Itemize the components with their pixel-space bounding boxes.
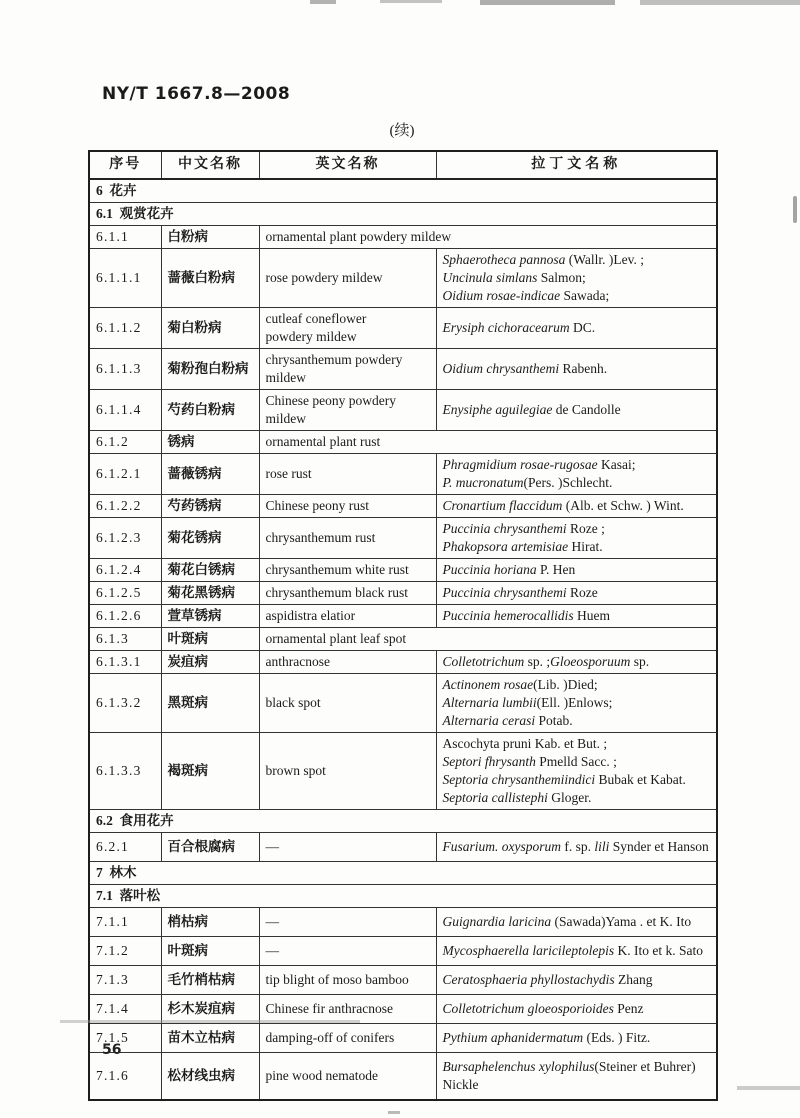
chinese-name-cell: 芍药白粉病 [161, 390, 259, 431]
latin-name-line: Cronartium flaccidum (Alb. et Schw. ) Wi… [443, 497, 711, 515]
english-name-cell: damping-off of conifers [259, 1024, 436, 1053]
chinese-name-cell: 苗木立枯病 [161, 1024, 259, 1053]
chinese-name-cell: 蔷薇锈病 [161, 454, 259, 495]
table-row: 6.1.3.3褐斑病brown spotAscochyta pruni Kab.… [89, 733, 717, 810]
row-number-cell: 7.1.4 [89, 995, 161, 1024]
latin-name-line: Colletotrichum gloeosporioides Penz [443, 1000, 711, 1018]
latin-name-cell: Ceratosphaeria phyllostachydis Zhang [436, 966, 717, 995]
english-name-cell: chrysanthemum black rust [259, 582, 436, 605]
latin-name-line: Ceratosphaeria phyllostachydis Zhang [443, 971, 711, 989]
header-cell-latin-name: 拉丁文名称 [436, 151, 717, 179]
chinese-name-cell: 百合根腐病 [161, 833, 259, 862]
english-name-cell: Chinese peony powderymildew [259, 390, 436, 431]
english-name-line: aspidistra elatior [266, 607, 430, 625]
chinese-name-cell: 菊花锈病 [161, 518, 259, 559]
scan-artifact [640, 0, 800, 5]
latin-name-line: Ascochyta pruni Kab. et But. ; [443, 735, 711, 753]
chinese-name-cell: 松材线虫病 [161, 1053, 259, 1101]
english-name-line: chrysanthemum black rust [266, 584, 430, 602]
chinese-name-cell: 蔷薇白粉病 [161, 249, 259, 308]
section-row: 6.2 食用花卉 [89, 810, 717, 833]
english-name-cell: chrysanthemum rust [259, 518, 436, 559]
latin-name-cell: Puccinia chrysanthemi Roze ;Phakopsora a… [436, 518, 717, 559]
table-row: 6.1.2.1蔷薇锈病rose rustPhragmidium rosae-ru… [89, 454, 717, 495]
latin-name-line: Alternaria lumbii(Ell. )Enlows; [443, 694, 711, 712]
row-number-cell: 7.1.6 [89, 1053, 161, 1101]
row-number-cell: 6.1.3.1 [89, 651, 161, 674]
english-name-cell: Chinese peony rust [259, 495, 436, 518]
latin-name-cell: Fusarium. oxysporum f. sp. lili Synder e… [436, 833, 717, 862]
row-number-cell: 6.1.2.1 [89, 454, 161, 495]
chinese-name-cell: 芍药锈病 [161, 495, 259, 518]
table-row: 7.1.6松材线虫病pine wood nematodeBursaphelenc… [89, 1053, 717, 1101]
english-name-line: rose rust [266, 465, 430, 483]
latin-name-line: Septori fhrysanth Pmelld Sacc. ; [443, 753, 711, 771]
latin-name-cell: Actinonem rosae(Lib. )Died;Alternaria lu… [436, 674, 717, 733]
chinese-name-cell: 炭疽病 [161, 651, 259, 674]
continued-label: (续) [88, 119, 716, 140]
english-name-line: chrysanthemum powdery mildew [266, 351, 430, 387]
english-name-cell: chrysanthemum white rust [259, 559, 436, 582]
table-row: 6.1.1.4芍药白粉病Chinese peony powderymildewE… [89, 390, 717, 431]
chinese-name-cell: 叶斑病 [161, 628, 259, 651]
latin-name-cell: Phragmidium rosae-rugosae Kasai;P. mucro… [436, 454, 717, 495]
chinese-name-cell: 萱草锈病 [161, 605, 259, 628]
disease-table: 序号 中文名称 英文名称 拉丁文名称 6 花卉6.1 观赏花卉6.1.1白粉病o… [88, 150, 718, 1101]
table-row: 6.1.3叶斑病ornamental plant leaf spot [89, 628, 717, 651]
table-row: 6.1.2锈病ornamental plant rust [89, 431, 717, 454]
row-number-cell: 6.1.1.4 [89, 390, 161, 431]
table-row: 7.1.4杉木炭疽病Chinese fir anthracnoseColleto… [89, 995, 717, 1024]
section-label: 7 林木 [89, 862, 717, 885]
latin-name-cell: Ascochyta pruni Kab. et But. ;Septori fh… [436, 733, 717, 810]
header-cell-english-name: 英文名称 [259, 151, 436, 179]
latin-name-line: Pythium aphanidermatum (Eds. ) Fitz. [443, 1029, 711, 1047]
section-row: 6 花卉 [89, 179, 717, 203]
english-name-line: tip blight of moso bamboo [266, 971, 430, 989]
english-name-line: damping-off of conifers [266, 1029, 430, 1047]
english-name-cell: — [259, 908, 436, 937]
english-name-cell: black spot [259, 674, 436, 733]
english-name-line: brown spot [266, 762, 430, 780]
english-name-line: mildew [266, 410, 430, 428]
latin-name-cell: Colletotrichum sp. ;Gloeosporuum sp. [436, 651, 717, 674]
table-row: 6.1.1.1蔷薇白粉病rose powdery mildewSphaeroth… [89, 249, 717, 308]
latin-name-cell: Colletotrichum gloeosporioides Penz [436, 995, 717, 1024]
latin-name-line: Uncinula simlans Salmon; [443, 269, 711, 287]
table-row: 6.1.1白粉病ornamental plant powdery mildew [89, 226, 717, 249]
row-number-cell: 6.1.3.3 [89, 733, 161, 810]
latin-name-line: Mycosphaerella laricileptolepis K. Ito e… [443, 942, 711, 960]
chinese-name-cell: 梢枯病 [161, 908, 259, 937]
english-name-line: — [266, 913, 430, 931]
table-row: 6.1.2.4菊花白锈病chrysanthemum white rustPucc… [89, 559, 717, 582]
row-number-cell: 6.1.1 [89, 226, 161, 249]
table-row: 6.1.1.3菊粉孢白粉病chrysanthemum powdery milde… [89, 349, 717, 390]
table-row: 6.1.2.5菊花黑锈病chrysanthemum black rustPucc… [89, 582, 717, 605]
table-row: 6.1.2.6萱草锈病aspidistra elatiorPuccinia he… [89, 605, 717, 628]
latin-name-cell: Mycosphaerella laricileptolepis K. Ito e… [436, 937, 717, 966]
english-name-cell: ornamental plant leaf spot [259, 628, 717, 651]
english-name-line: Chinese peony rust [266, 497, 430, 515]
row-number-cell: 6.1.3.2 [89, 674, 161, 733]
latin-name-cell: Enysiphe aguilegiae de Candolle [436, 390, 717, 431]
chinese-name-cell: 锈病 [161, 431, 259, 454]
english-name-line: cutleaf coneflower [266, 310, 430, 328]
chinese-name-cell: 叶斑病 [161, 937, 259, 966]
row-number-cell: 6.1.2.3 [89, 518, 161, 559]
chinese-name-cell: 菊花黑锈病 [161, 582, 259, 605]
latin-name-cell: Puccinia hemerocallidis Huem [436, 605, 717, 628]
latin-name-line: Septoria chrysanthemiindici Bubak et Kab… [443, 771, 711, 789]
english-name-line: — [266, 942, 430, 960]
latin-name-cell: Erysiph cichoracearum DC. [436, 308, 717, 349]
latin-name-line: Puccinia hemerocallidis Huem [443, 607, 711, 625]
scan-artifact [480, 0, 615, 5]
header-cell-chinese-name: 中文名称 [161, 151, 259, 179]
chinese-name-cell: 菊粉孢白粉病 [161, 349, 259, 390]
latin-name-cell: Bursaphelenchus xylophilus(Steiner et Bu… [436, 1053, 717, 1101]
latin-name-line: Oidium rosae-indicae Sawada; [443, 287, 711, 305]
english-name-cell: pine wood nematode [259, 1053, 436, 1101]
chinese-name-cell: 菊白粉病 [161, 308, 259, 349]
row-number-cell: 6.1.3 [89, 628, 161, 651]
chinese-name-cell: 黑斑病 [161, 674, 259, 733]
section-row: 6.1 观赏花卉 [89, 203, 717, 226]
chinese-name-cell: 白粉病 [161, 226, 259, 249]
header-cell-number: 序号 [89, 151, 161, 179]
latin-name-cell: Oidium chrysanthemi Rabenh. [436, 349, 717, 390]
latin-name-line: Colletotrichum sp. ;Gloeosporuum sp. [443, 653, 711, 671]
table-row: 6.1.1.2菊白粉病cutleaf coneflowerpowdery mil… [89, 308, 717, 349]
latin-name-cell: Sphaerotheca pannosa (Wallr. )Lev. ;Unci… [436, 249, 717, 308]
latin-name-cell: Puccinia chrysanthemi Roze [436, 582, 717, 605]
latin-name-line: Phragmidium rosae-rugosae Kasai; [443, 456, 711, 474]
english-name-line: black spot [266, 694, 430, 712]
table-row: 6.1.2.2芍药锈病Chinese peony rustCronartium … [89, 495, 717, 518]
english-name-line: rose powdery mildew [266, 269, 430, 287]
latin-name-cell: Puccinia horiana P. Hen [436, 559, 717, 582]
english-name-cell: ornamental plant powdery mildew [259, 226, 717, 249]
latin-name-line: Puccinia chrysanthemi Roze ; [443, 520, 711, 538]
latin-name-line: Septoria callistephi Gloger. [443, 789, 711, 807]
row-number-cell: 6.2.1 [89, 833, 161, 862]
latin-name-line: Alternaria cerasi Potab. [443, 712, 711, 730]
english-name-cell: brown spot [259, 733, 436, 810]
latin-name-line: Fusarium. oxysporum f. sp. lili Synder e… [443, 838, 711, 856]
row-number-cell: 6.1.2.2 [89, 495, 161, 518]
english-name-line: pine wood nematode [266, 1067, 430, 1085]
latin-name-line: Oidium chrysanthemi Rabenh. [443, 360, 711, 378]
section-label: 6.2 食用花卉 [89, 810, 717, 833]
english-name-cell: cutleaf coneflowerpowdery mildew [259, 308, 436, 349]
english-name-cell: — [259, 937, 436, 966]
english-name-cell: aspidistra elatior [259, 605, 436, 628]
table-row: 6.2.1百合根腐病—Fusarium. oxysporum f. sp. li… [89, 833, 717, 862]
latin-name-line: P. mucronatum(Pers. )Schlecht. [443, 474, 711, 492]
table-row: 7.1.1梢枯病—Guignardia laricina (Sawada)Yam… [89, 908, 717, 937]
latin-name-line: Sphaerotheca pannosa (Wallr. )Lev. ; [443, 251, 711, 269]
english-name-line: — [266, 838, 430, 856]
table-row: 6.1.3.1炭疽病anthracnoseColletotrichum sp. … [89, 651, 717, 674]
table-header-row: 序号 中文名称 英文名称 拉丁文名称 [89, 151, 717, 179]
chinese-name-cell: 菊花白锈病 [161, 559, 259, 582]
english-name-line: chrysanthemum white rust [266, 561, 430, 579]
row-number-cell: 7.1.1 [89, 908, 161, 937]
english-name-line: Chinese fir anthracnose [266, 1000, 430, 1018]
disease-table-container: 序号 中文名称 英文名称 拉丁文名称 6 花卉6.1 观赏花卉6.1.1白粉病o… [88, 150, 716, 1101]
row-number-cell: 6.1.2.4 [89, 559, 161, 582]
row-number-cell: 6.1.2.6 [89, 605, 161, 628]
chinese-name-cell: 毛竹梢枯病 [161, 966, 259, 995]
chinese-name-cell: 杉木炭疽病 [161, 995, 259, 1024]
table-row: 7.1.5苗木立枯病damping-off of conifersPythium… [89, 1024, 717, 1053]
row-number-cell: 7.1.2 [89, 937, 161, 966]
english-name-cell: tip blight of moso bamboo [259, 966, 436, 995]
scan-artifact [793, 196, 797, 223]
english-name-line: anthracnose [266, 653, 430, 671]
standard-code: NY/T 1667.8—2008 [102, 84, 290, 104]
row-number-cell: 7.1.5 [89, 1024, 161, 1053]
english-name-cell: ornamental plant rust [259, 431, 717, 454]
english-name-cell: rose powdery mildew [259, 249, 436, 308]
english-name-line: Chinese peony powdery [266, 392, 430, 410]
latin-name-line: Guignardia laricina (Sawada)Yama . et K.… [443, 913, 711, 931]
latin-name-line: Erysiph cichoracearum DC. [443, 319, 711, 337]
latin-name-line: Puccinia chrysanthemi Roze [443, 584, 711, 602]
english-name-cell: — [259, 833, 436, 862]
page-number: 56 [102, 1042, 121, 1058]
latin-name-cell: Guignardia laricina (Sawada)Yama . et K.… [436, 908, 717, 937]
english-name-line: powdery mildew [266, 328, 430, 346]
row-number-cell: 6.1.2 [89, 431, 161, 454]
latin-name-line: Actinonem rosae(Lib. )Died; [443, 676, 711, 694]
scan-artifact [380, 0, 442, 3]
english-name-cell: Chinese fir anthracnose [259, 995, 436, 1024]
disease-table-body: 序号 中文名称 英文名称 拉丁文名称 6 花卉6.1 观赏花卉6.1.1白粉病o… [89, 151, 717, 1100]
english-name-cell: anthracnose [259, 651, 436, 674]
row-number-cell: 7.1.3 [89, 966, 161, 995]
english-name-cell: rose rust [259, 454, 436, 495]
table-row: 7.1.2叶斑病—Mycosphaerella laricileptolepis… [89, 937, 717, 966]
scan-artifact [737, 1086, 800, 1090]
latin-name-cell: Cronartium flaccidum (Alb. et Schw. ) Wi… [436, 495, 717, 518]
table-row: 6.1.3.2黑斑病black spotActinonem rosae(Lib.… [89, 674, 717, 733]
section-row: 7 林木 [89, 862, 717, 885]
section-label: 6 花卉 [89, 179, 717, 203]
section-label: 6.1 观赏花卉 [89, 203, 717, 226]
latin-name-line: Enysiphe aguilegiae de Candolle [443, 401, 711, 419]
row-number-cell: 6.1.1.1 [89, 249, 161, 308]
table-row: 7.1.3毛竹梢枯病tip blight of moso bambooCerat… [89, 966, 717, 995]
english-name-line: chrysanthemum rust [266, 529, 430, 547]
section-row: 7.1 落叶松 [89, 885, 717, 908]
chinese-name-cell: 褐斑病 [161, 733, 259, 810]
latin-name-line: Phakopsora artemisiae Hirat. [443, 538, 711, 556]
row-number-cell: 6.1.1.2 [89, 308, 161, 349]
latin-name-line: Bursaphelenchus xylophilus(Steiner et Bu… [443, 1058, 711, 1094]
row-number-cell: 6.1.1.3 [89, 349, 161, 390]
section-label: 7.1 落叶松 [89, 885, 717, 908]
row-number-cell: 6.1.2.5 [89, 582, 161, 605]
latin-name-line: Puccinia horiana P. Hen [443, 561, 711, 579]
scan-artifact [388, 1111, 400, 1114]
scan-artifact [310, 0, 336, 4]
latin-name-cell: Pythium aphanidermatum (Eds. ) Fitz. [436, 1024, 717, 1053]
english-name-cell: chrysanthemum powdery mildew [259, 349, 436, 390]
table-row: 6.1.2.3菊花锈病chrysanthemum rustPuccinia ch… [89, 518, 717, 559]
